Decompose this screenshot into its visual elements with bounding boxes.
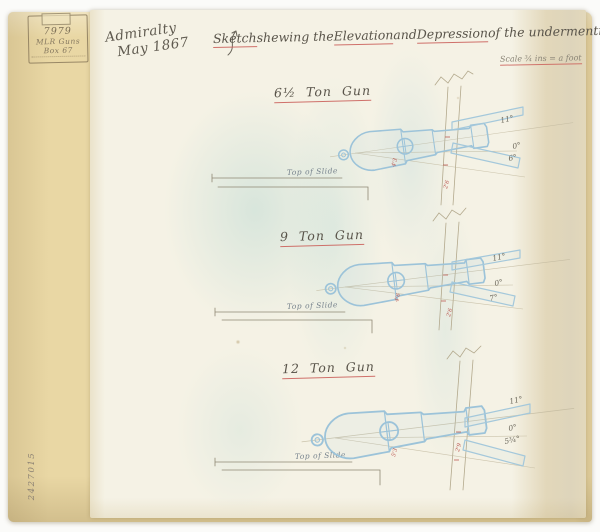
scanned-drawing-sheet: 7979 MLR Guns Box 67 Admiralty May 1867 … [0, 0, 600, 532]
depression-angle-label: 6° [508, 152, 518, 163]
cannon-outline [299, 386, 577, 464]
archive-line-box: Box 67 [29, 45, 87, 55]
archive-stamp-box [41, 13, 70, 26]
depression-angle-label: 5¾° [504, 434, 522, 446]
top-of-slide-label: Top of Slide [287, 166, 338, 177]
archive-label: 7979 MLR Guns Box 67 [28, 14, 89, 63]
title-word-sketch: Sketch [213, 30, 257, 48]
title-word-and: and [393, 27, 417, 42]
mid-angle-label: 0° [494, 277, 504, 288]
cannon-outline [327, 103, 575, 176]
scale-note: Scale ¾ ins = a foot [500, 53, 582, 65]
mid-angle-label: 0° [508, 422, 518, 433]
gun-drawing-9-ton: Top of Slide 11° 0° 7° 4'6 2'6 [195, 205, 540, 340]
dimension-label: 2'6 [443, 179, 451, 190]
shelfmark-number: 2427015 [27, 440, 37, 512]
title-word-elevation: Elevation [334, 27, 394, 45]
torn-edge-mark [433, 208, 466, 221]
archive-label-base-strip [31, 55, 85, 61]
dimension-label: 5'3 [391, 447, 399, 457]
gun-drawing-12-ton: Top of Slide 11° 0° 5¾° 5'3 2'9 [195, 340, 540, 500]
slide: Top of Slide [212, 166, 368, 200]
torn-edge-mark [447, 346, 481, 359]
mid-angle-label: 0° [512, 140, 522, 151]
title-word-shewing-the: shewing the [256, 28, 333, 45]
title-word-of-the-undermentioned: of the undermentioned [488, 22, 600, 40]
elevation-angle-label: 11° [509, 394, 524, 406]
elevation-angle-label: 11° [500, 113, 515, 125]
title-word-depression: Depression [417, 25, 489, 43]
gun-drawing-6-5-ton: Top of Slide 11° 0° 6° 4'3 2'6 [195, 65, 540, 210]
top-of-slide-label: Top of Slide [287, 300, 338, 311]
slide: Top of Slide [215, 300, 372, 333]
dimension-label: 2'9 [455, 442, 463, 453]
torn-edge-mark [435, 71, 473, 85]
dimension-label: 2'6 [446, 307, 454, 318]
